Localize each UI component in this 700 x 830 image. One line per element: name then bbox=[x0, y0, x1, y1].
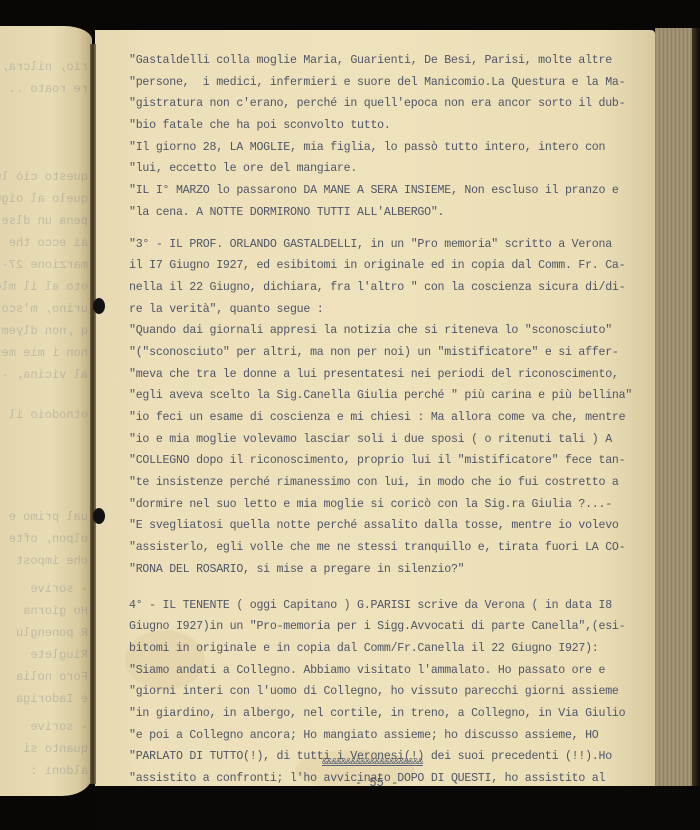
book-scan: rio, nilcra, t re roato .. , questo ciò … bbox=[0, 0, 700, 830]
text-line: bitomi in originale e in copia dal Comm/… bbox=[129, 638, 649, 660]
bleed-through-text: - sorive bbox=[30, 720, 88, 734]
text-line: "E svegliatosi quella notte perché assal… bbox=[129, 515, 649, 537]
text-line: nella il 22 Giugno, dichiara, fra l'altr… bbox=[129, 277, 649, 299]
text-line: "Siamo andati a Collegno. Abbiamo visita… bbox=[129, 660, 649, 682]
text-line: "persone, i medici, infermieri e suore d… bbox=[129, 72, 649, 94]
text-line: "lui, eccetto le ore del mangiare. bbox=[129, 158, 649, 180]
text-line: "in giardino, in albergo, nel cortile, i… bbox=[129, 703, 649, 725]
text-line: "RONA DEL ROSARIO, si mise a pregare in … bbox=[129, 559, 649, 581]
bleed-through-text: oto al il mlo bbox=[0, 280, 88, 294]
bleed-through-text: e Iadoriga bbox=[16, 692, 88, 706]
bleed-through-text: re roato .. , bbox=[0, 82, 88, 96]
text-line: "("sconosciuto" per altri, ma non per no… bbox=[129, 342, 649, 364]
text-line: Giugno I927)in un "Pro-memoria per i Sig… bbox=[129, 616, 649, 638]
bleed-through-text: non i mie mes bbox=[0, 346, 88, 360]
page-stack-edge bbox=[655, 28, 700, 788]
bleed-through-text: pena un dlse bbox=[2, 214, 88, 228]
paragraph-gap bbox=[129, 224, 649, 234]
text-line: "egli aveva scelto la Sig.Canella Giulia… bbox=[129, 385, 649, 407]
text-line: "Gastaldelli colla moglie Maria, Guarien… bbox=[129, 50, 649, 72]
bleed-through-text: ual primo e bbox=[9, 510, 88, 524]
book-gutter bbox=[90, 44, 96, 784]
bleed-through-text: marzione 27- bbox=[2, 258, 88, 272]
bleed-through-text: rio, nilcra, t bbox=[0, 60, 88, 74]
paragraph-quote-end: "Gastaldelli colla moglie Maria, Guarien… bbox=[129, 50, 649, 224]
text-line: "la cena. A NOTTE DORMIRONO TUTTI ALL'AL… bbox=[129, 202, 649, 224]
bleed-through-text: questo ciò lu bbox=[0, 170, 88, 184]
text-line: il I7 Giugno I927, ed esibitomi in origi… bbox=[129, 255, 649, 277]
bleed-through-text: olpon, ofte bbox=[9, 532, 88, 546]
text-line: "io feci un esame di coscienza e mi chie… bbox=[129, 407, 649, 429]
bleed-through-text: q ,non dlyemt bbox=[0, 324, 88, 338]
text-line: "gistratura non c'erano, perché in quell… bbox=[129, 93, 649, 115]
bleed-through-text: Riuglete bbox=[30, 648, 88, 662]
text-line: 4° - IL TENENTE ( oggi Capitano ) G.PARI… bbox=[129, 595, 649, 617]
section-ornament: &&&&&&&&&&&&&&&&&&&&& bbox=[322, 757, 423, 767]
text-line: "bio fatale che ha poi sconvolto tutto. bbox=[129, 115, 649, 137]
bleed-through-text: quelo al oigu bbox=[0, 192, 88, 206]
bleed-through-text: Foro nolia bbox=[16, 670, 88, 684]
text-line: "e poi a Collegno ancora; Ho mangiato as… bbox=[129, 725, 649, 747]
bleed-through-text: al vicina, - bbox=[2, 368, 88, 382]
bleed-through-text: ohe impost bbox=[16, 554, 88, 568]
text-line: "io e mia moglie volevamo lasciar soli i… bbox=[129, 429, 649, 451]
text-line: re la verità", quanto segue : bbox=[129, 299, 649, 321]
paragraph-gap bbox=[129, 581, 649, 595]
text-line: "IL I° MARZO lo passarono DA MANE A SERA… bbox=[129, 180, 649, 202]
binding-hole bbox=[93, 508, 105, 524]
binding-hole bbox=[93, 298, 105, 314]
text-line: "3° - IL PROF. ORLANDO GASTALDELLI, in u… bbox=[129, 234, 649, 256]
bleed-through-text: quanto si bbox=[23, 742, 88, 756]
text-line: "meva che tra le donne a lui presentates… bbox=[129, 364, 649, 386]
text-line: "assisterlo, egli volle che me ne stessi… bbox=[129, 537, 649, 559]
text-line: "dormire nel suo letto e mia moglie si c… bbox=[129, 494, 649, 516]
paragraph-3-gastaldelli: "3° - IL PROF. ORLANDO GASTALDELLI, in u… bbox=[129, 234, 649, 581]
bleed-through-text: aldoni : bbox=[30, 764, 88, 778]
bleed-through-text: otnodoio il bbox=[9, 408, 88, 422]
text-line: "Quando dai giornali appresi la notizia … bbox=[129, 320, 649, 342]
bleed-through-text: urino, m'sco bbox=[2, 302, 88, 316]
text-line: "COLLEGNO dopo il riconoscimento, propri… bbox=[129, 450, 649, 472]
text-line: "giorni interi con l'uomo di Collegno, h… bbox=[129, 681, 649, 703]
bleed-through-text: ai ecco the bbox=[9, 236, 88, 250]
background-below-page bbox=[95, 786, 700, 830]
text-line: "Il giorno 28, LA MOGLIE, mia figlia, lo… bbox=[129, 137, 649, 159]
bleed-through-text: R ponenglu bbox=[16, 626, 88, 640]
text-line: "te insistenze perché rimanessimo con lu… bbox=[129, 472, 649, 494]
typewritten-text: "Gastaldelli colla moglie Maria, Guarien… bbox=[129, 50, 649, 830]
bleed-through-text: - sorive bbox=[30, 582, 88, 596]
left-facing-page: rio, nilcra, t re roato .. , questo ciò … bbox=[0, 26, 92, 796]
bleed-through-text: Ho giorna bbox=[23, 604, 88, 618]
